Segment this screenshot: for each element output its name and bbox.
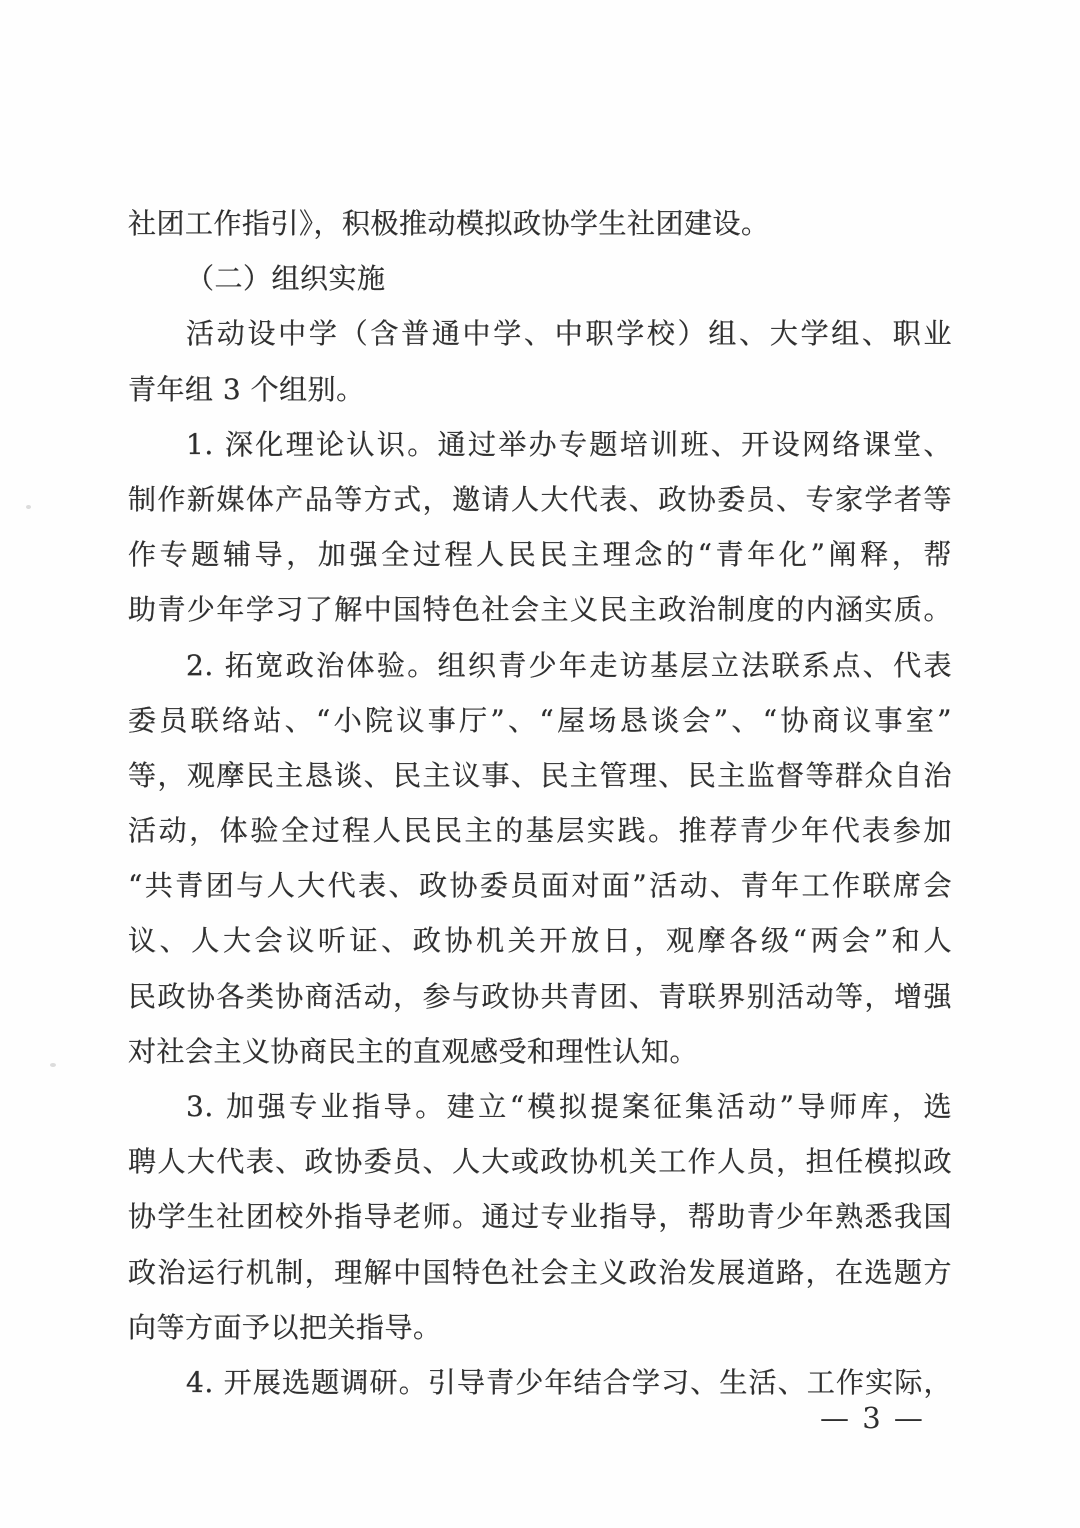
text-line: 作专题辅导，加强全过程人民民主理念的“青年化”阐释，帮	[128, 527, 952, 582]
text-line: 等，观摩民主恳谈、民主议事、民主管理、民主监督等群众自治	[128, 748, 952, 803]
text-line: 助青少年学习了解中国特色社会主义民主政治制度的内涵实质。	[128, 582, 952, 637]
text-line: 活动设中学（含普通中学、中职学校）组、大学组、职业	[128, 306, 952, 361]
text-line: 3. 加强专业指导。建立“模拟提案征集活动”导师库，选	[128, 1079, 952, 1134]
document-body: 社团工作指引》，积极推动模拟政协学生社团建设。（二）组织实施活动设中学（含普通中…	[128, 196, 952, 1410]
text-line: 向等方面予以把关指导。	[128, 1300, 952, 1355]
text-line: “共青团与人大代表、政协委员面对面”活动、青年工作联席会	[128, 858, 952, 913]
scan-speck	[26, 505, 31, 509]
scan-speck	[50, 1063, 56, 1067]
text-line: 活动，体验全过程人民民主的基层实践。推荐青少年代表参加	[128, 803, 952, 858]
text-line: 对社会主义协商民主的直观感受和理性认知。	[128, 1024, 952, 1079]
text-line: 1. 深化理论认识。通过举办专题培训班、开设网络课堂、	[128, 417, 952, 472]
page-number: — 3 —	[820, 1398, 925, 1438]
text-line: 政治运行机制，理解中国特色社会主义政治发展道路，在选题方	[128, 1245, 952, 1300]
text-line: 民政协各类协商活动，参与政协共青团、青联界别活动等，增强	[128, 969, 952, 1024]
text-line: 制作新媒体产品等方式，邀请人大代表、政协委员、专家学者等	[128, 472, 952, 527]
text-line: 议、人大会议听证、政协机关开放日，观摩各级“两会”和人	[128, 913, 952, 968]
text-line: 协学生社团校外指导老师。通过专业指导，帮助青少年熟悉我国	[128, 1189, 952, 1244]
section-heading: （二）组织实施	[128, 251, 952, 306]
text-line: 社团工作指引》，积极推动模拟政协学生社团建设。	[128, 196, 952, 251]
text-line: 青年组 3 个组别。	[128, 362, 952, 417]
document-page: 社团工作指引》，积极推动模拟政协学生社团建设。（二）组织实施活动设中学（含普通中…	[0, 0, 1080, 1528]
text-line: 委员联络站、“小院议事厅”、“屋场恳谈会”、“协商议事室”	[128, 693, 952, 748]
text-line: 2. 拓宽政治体验。组织青少年走访基层立法联系点、代表	[128, 638, 952, 693]
text-line: 聘人大代表、政协委员、人大或政协机关工作人员，担任模拟政	[128, 1134, 952, 1189]
